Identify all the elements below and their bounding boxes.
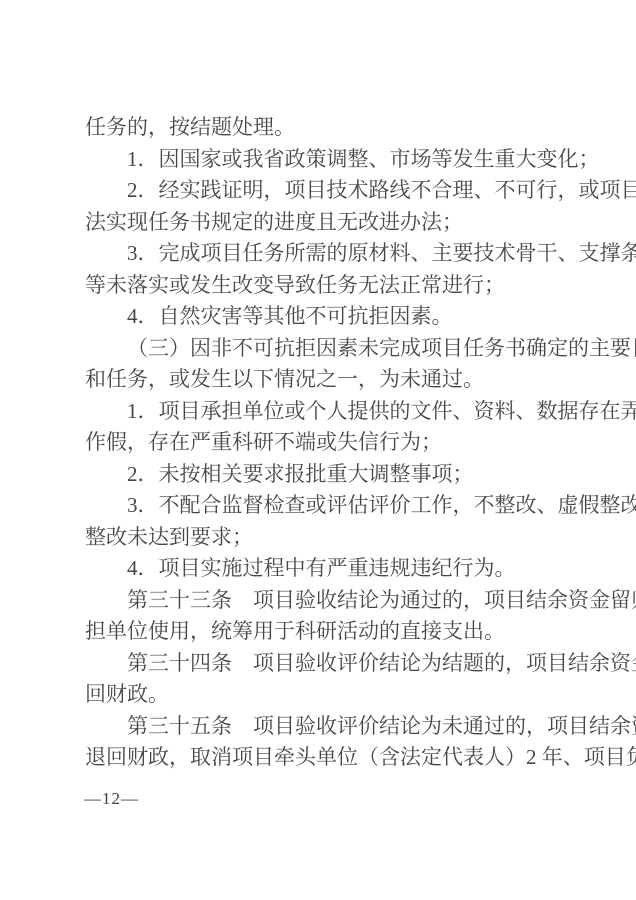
text-line: 整改未达到要求；	[85, 522, 571, 554]
text-line: 第三十四条 项目验收评价结论为结题的，项目结余资金退	[85, 648, 571, 680]
text-line: 1．因国家或我省政策调整、市场等发生重大变化；	[85, 144, 571, 176]
text-line: 作假，存在严重科研不端或失信行为；	[85, 427, 571, 459]
text-line: 2．经实践证明，项目技术路线不合理、不可行，或项目无	[85, 175, 571, 207]
text-line: 等未落实或发生改变导致任务无法正常进行；	[85, 270, 571, 302]
text-line: 第三十五条 项目验收评价结论为未通过的，项目结余资金	[85, 711, 571, 743]
text-line: 和任务，或发生以下情况之一，为未通过。	[85, 364, 571, 396]
text-line: 4．项目实施过程中有严重违规违纪行为。	[85, 553, 571, 585]
text-line: （三）因非不可抗拒因素未完成项目任务书确定的主要目标	[85, 333, 571, 365]
text-line: 2．未按相关要求报批重大调整事项；	[85, 459, 571, 491]
text-line: 3．不配合监督检查或评估评价工作，不整改、虚假整改或	[85, 490, 571, 522]
text-line: 担单位使用，统筹用于科研活动的直接支出。	[85, 616, 571, 648]
document-page: 任务的，按结题处理。1．因国家或我省政策调整、市场等发生重大变化；2．经实践证明…	[0, 0, 636, 900]
text-line: 3．完成项目任务所需的原材料、主要技术骨干、支撑条件	[85, 238, 571, 270]
text-line: 任务的，按结题处理。	[85, 112, 571, 144]
text-line: 回财政。	[85, 679, 571, 711]
text-line: 4．自然灾害等其他不可抗拒因素。	[85, 301, 571, 333]
text-line: 退回财政，取消项目牵头单位（含法定代表人）2 年、项目负责	[85, 742, 571, 774]
text-line: 第三十三条 项目验收结论为通过的，项目结余资金留归承	[85, 585, 571, 617]
text-line: 法实现任务书规定的进度且无改进办法；	[85, 207, 571, 239]
text-line: 1．项目承担单位或个人提供的文件、资料、数据存在弄虚	[85, 396, 571, 428]
page-number: —12—	[84, 788, 139, 810]
document-body: 任务的，按结题处理。1．因国家或我省政策调整、市场等发生重大变化；2．经实践证明…	[85, 112, 571, 774]
